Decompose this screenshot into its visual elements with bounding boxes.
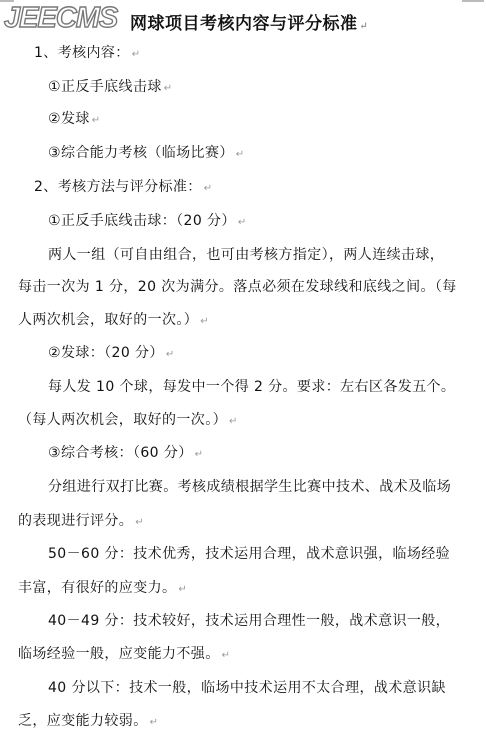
line-text: ①正反手底线击球：（20 分） (48, 213, 236, 229)
paragraph-mark-icon: ↵ (204, 183, 213, 194)
line-text: 两人一组（可自由组合，也可由考核方指定），两人连续击球， (48, 247, 444, 263)
text-line: ②发球↵ (48, 108, 101, 128)
paragraph-mark-icon: ↵ (200, 316, 209, 327)
text-line: ③综合能力考核（临场比赛）↵ (48, 142, 245, 162)
line-text: 2、考核方法与评分标准： (34, 179, 202, 195)
line-text: 人两次机会，取好的一次。） (18, 312, 198, 328)
text-line: ③综合考核：（60 分）↵ (48, 442, 203, 462)
paragraph-mark-icon: ↵ (222, 650, 231, 661)
text-line: 2、考核方法与评分标准：↵ (34, 176, 213, 196)
paragraph-mark-icon: ↵ (92, 115, 101, 126)
text-line: 丰富，有很好的应变力。↵ (18, 577, 187, 597)
paragraph-mark-icon: ↵ (195, 449, 204, 460)
line-text: 丰富，有很好的应变力。 (18, 580, 176, 596)
text-line: ①正反手底线击球↵ (48, 76, 173, 96)
text-line: 乏，应变能力较弱。↵ (18, 710, 158, 730)
line-text: 40－49 分：技术较好，技术运用合理性一般，战术意识一般， (48, 613, 450, 629)
text-line: 每人发 10 个球，每发中一个得 2 分。要求：左右区各发五个。 (48, 376, 455, 396)
text-line: 临场经验一般，应变能力不强。↵ (18, 643, 230, 663)
paragraph-mark-icon: ↵ (236, 149, 245, 160)
text-line: 两人一组（可自由组合，也可由考核方指定），两人连续击球， (48, 244, 444, 264)
text-line: 40－49 分：技术较好，技术运用合理性一般，战术意识一般， (48, 610, 450, 630)
line-text: ②发球 (48, 111, 90, 127)
text-line: 40 分以下：技术一般，临场中技术运用不太合理，战术意识缺 (48, 677, 446, 697)
line-text: 乏，应变能力较弱。 (18, 713, 148, 729)
text-line: 人两次机会，取好的一次。）↵ (18, 309, 209, 329)
line-text: 每击一次为 1 分，20 次为满分。落点必须在发球线和底线之间。（每 (18, 279, 457, 295)
line-text: 的表现进行评分。 (18, 513, 133, 529)
paragraph-mark-icon: ↵ (150, 717, 159, 728)
paragraph-mark-icon: ↵ (166, 349, 175, 360)
line-text: 每人发 10 个球，每发中一个得 2 分。要求：左右区各发五个。 (48, 379, 455, 395)
line-text: 50－60 分：技术优秀，技术运用合理，战术意识强，临场经验 (48, 546, 450, 562)
text-line: ②发球：（20 分）↵ (48, 342, 175, 362)
paragraph-mark-icon: ↵ (135, 517, 144, 528)
line-text: ①正反手底线击球 (48, 79, 162, 95)
paragraph-mark-icon: ↵ (164, 83, 173, 94)
paragraph-mark-icon: ↵ (178, 584, 187, 595)
logo-watermark: JEECMS (4, 3, 132, 33)
line-text: ②发球：（20 分） (48, 345, 164, 361)
line-text: 临场经验一般，应变能力不强。 (18, 646, 220, 662)
line-text: 1、考核内容： (34, 45, 130, 61)
document-title: 网球项目考核内容与评分标准↵ (130, 9, 368, 34)
text-line: 1、考核内容：↵ (34, 42, 141, 62)
text-line: 的表现进行评分。↵ (18, 510, 144, 530)
line-text: ③综合能力考核（临场比赛） (48, 145, 234, 161)
text-line: ①正反手底线击球：（20 分）↵ (48, 210, 247, 230)
paragraph-mark-icon: ↵ (229, 416, 238, 427)
title-text: 网球项目考核内容与评分标准 (130, 14, 358, 34)
paragraph-mark-icon: ↵ (132, 49, 141, 60)
line-text: 分组进行双打比赛。考核成绩根据学生比赛中技术、战术及临场 (48, 479, 451, 495)
paragraph-mark-icon: ↵ (360, 21, 369, 32)
paragraph-mark-icon: ↵ (238, 217, 247, 228)
text-line: 分组进行双打比赛。考核成绩根据学生比赛中技术、战术及临场 (48, 476, 451, 496)
line-text: （每人两次机会，取好的一次。） (18, 412, 227, 428)
corner-mark-right (462, 0, 484, 2)
text-line: （每人两次机会，取好的一次。）↵ (18, 409, 238, 429)
line-text: 40 分以下：技术一般，临场中技术运用不太合理，战术意识缺 (48, 680, 446, 696)
text-line: 每击一次为 1 分，20 次为满分。落点必须在发球线和底线之间。（每 (18, 276, 457, 296)
text-line: 50－60 分：技术优秀，技术运用合理，战术意识强，临场经验 (48, 543, 450, 563)
line-text: ③综合考核：（60 分） (48, 445, 193, 461)
